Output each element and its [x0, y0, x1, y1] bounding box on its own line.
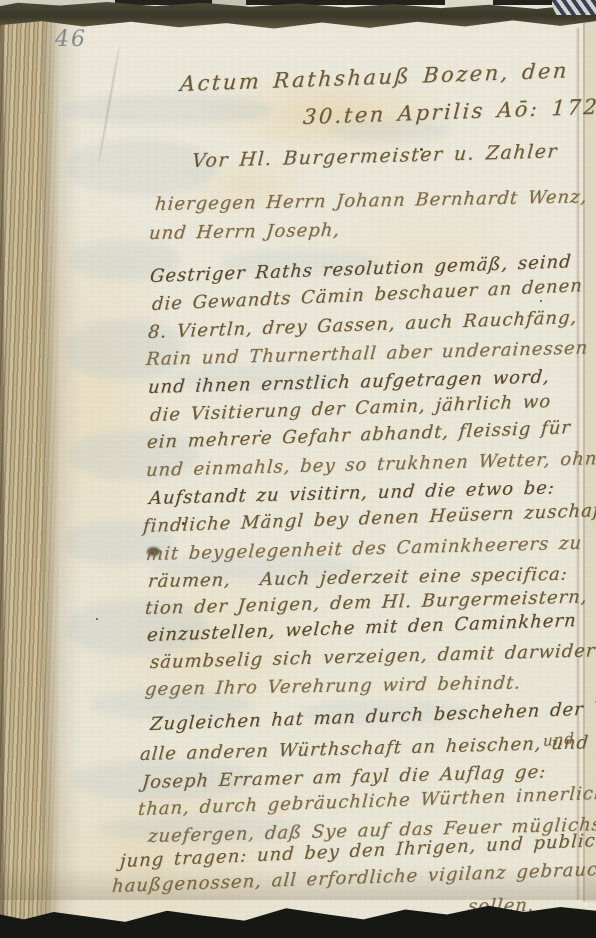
salutation-line: und Herrn Joseph,: [148, 220, 341, 244]
manuscript-scan: 46 Actum Rathshauß Bozen, den 30.ten Apr…: [0, 0, 596, 938]
page-bottom-shadow: [0, 866, 596, 900]
bleedthrough-smudge: [62, 95, 272, 125]
binding-shadow: [42, 6, 82, 938]
page-number: 46: [55, 27, 87, 52]
foxing-speck: [96, 618, 98, 620]
headband-weave: [552, 0, 596, 15]
foxing-speck: [540, 300, 542, 302]
